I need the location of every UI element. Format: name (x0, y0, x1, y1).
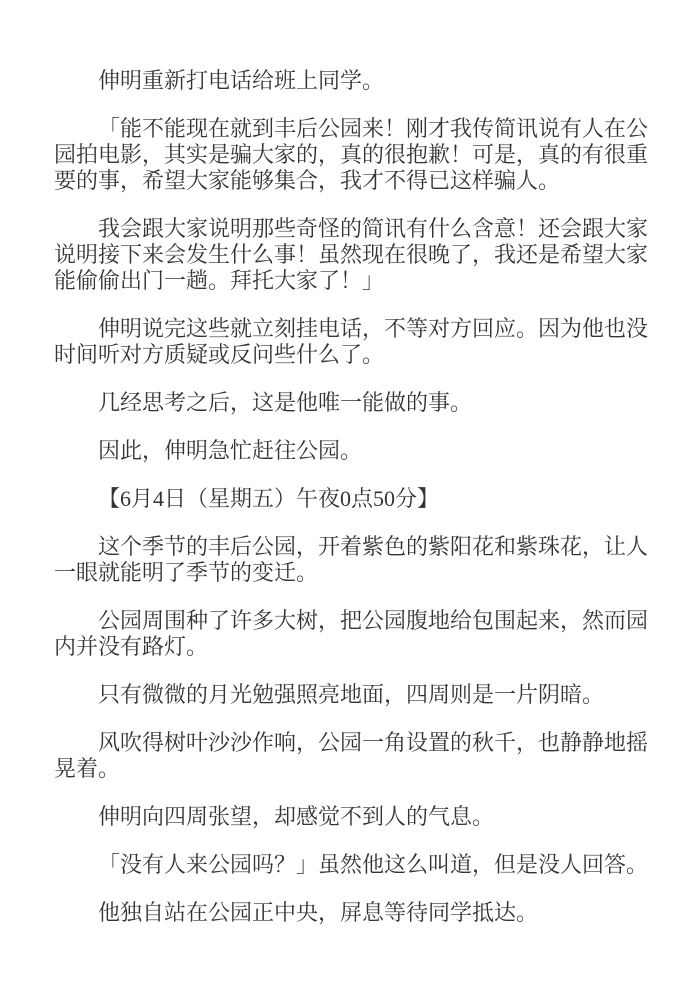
paragraph: 这个季节的丰后公园，开着紫色的紫阳花和紫珠花，让人一眼就能明了季节的变迁。 (54, 534, 654, 586)
text-line: 一眼就能明了季节的变迁。 (54, 560, 654, 586)
text-line: 说明接下来会发生什么事！虽然现在很晚了，我还是希望大家 (54, 242, 654, 268)
text-line: 要的事，希望大家能够集合，我才不得已这样骗人。 (54, 168, 654, 194)
paragraph: 伸明说完这些就立刻挂电话，不等对方回应。因为他也没时间听对方质疑或反问些什么了。 (54, 316, 654, 368)
dialogue-paragraph: 「没有人来公园吗？」虽然他这么叫道，但是没人回答。 (54, 852, 654, 878)
dialogue-paragraph: 「能不能现在就到丰后公园来！刚才我传简讯说有人在公园拍电影，其实是骗大家的，真的… (54, 116, 654, 194)
text-line: 时间听对方质疑或反问些什么了。 (54, 342, 654, 368)
paragraph: 公园周围种了许多大树，把公园腹地给包围起来，然而园内并没有路灯。 (54, 608, 654, 660)
text-line: 只有微微的月光勉强照亮地面，四周则是一片阴暗。 (54, 682, 654, 708)
paragraph: 他独自站在公园正中央，屏息等待同学抵达。 (54, 900, 654, 926)
text-line: 伸明说完这些就立刻挂电话，不等对方回应。因为他也没 (54, 316, 654, 342)
text-line: 能偷偷出门一趟。拜托大家了！」 (54, 268, 654, 294)
paragraph: 几经思考之后，这是他唯一能做的事。 (54, 390, 654, 416)
paragraph: 伸明向四周张望，却感觉不到人的气息。 (54, 804, 654, 830)
text-line: 「没有人来公园吗？」虽然他这么叫道，但是没人回答。 (54, 852, 654, 878)
novel-text-body: 伸明重新打电话给班上同学。「能不能现在就到丰后公园来！刚才我传简讯说有人在公园拍… (54, 68, 654, 948)
dialogue-paragraph: 我会跟大家说明那些奇怪的简讯有什么含意！还会跟大家说明接下来会发生什么事！虽然现… (54, 216, 654, 294)
text-line: 几经思考之后，这是他唯一能做的事。 (54, 390, 654, 416)
text-line: 「能不能现在就到丰后公园来！刚才我传简讯说有人在公 (54, 116, 654, 142)
text-line: 我会跟大家说明那些奇怪的简讯有什么含意！还会跟大家 (54, 216, 654, 242)
text-line: 公园周围种了许多大树，把公园腹地给包围起来，然而园 (54, 608, 654, 634)
paragraph: 伸明重新打电话给班上同学。 (54, 68, 654, 94)
text-line: 晃着。 (54, 756, 654, 782)
paragraph: 风吹得树叶沙沙作响，公园一角设置的秋千，也静静地摇晃着。 (54, 730, 654, 782)
paragraph: 因此，伸明急忙赶往公园。 (54, 438, 654, 464)
paragraph: 只有微微的月光勉强照亮地面，四周则是一片阴暗。 (54, 682, 654, 708)
timestamp-heading: 【6月4日（星期五）午夜0点50分】 (54, 486, 654, 512)
text-line: 伸明向四周张望，却感觉不到人的气息。 (54, 804, 654, 830)
text-line: 因此，伸明急忙赶往公园。 (54, 438, 654, 464)
text-line: 风吹得树叶沙沙作响，公园一角设置的秋千，也静静地摇 (54, 730, 654, 756)
text-line: 【6月4日（星期五）午夜0点50分】 (54, 486, 654, 512)
document-page: 伸明重新打电话给班上同学。「能不能现在就到丰后公园来！刚才我传简讯说有人在公园拍… (0, 0, 700, 992)
text-line: 伸明重新打电话给班上同学。 (54, 68, 654, 94)
text-line: 内并没有路灯。 (54, 634, 654, 660)
text-line: 园拍电影，其实是骗大家的，真的很抱歉！可是，真的有很重 (54, 142, 654, 168)
text-line: 他独自站在公园正中央，屏息等待同学抵达。 (54, 900, 654, 926)
text-line: 这个季节的丰后公园，开着紫色的紫阳花和紫珠花，让人 (54, 534, 654, 560)
